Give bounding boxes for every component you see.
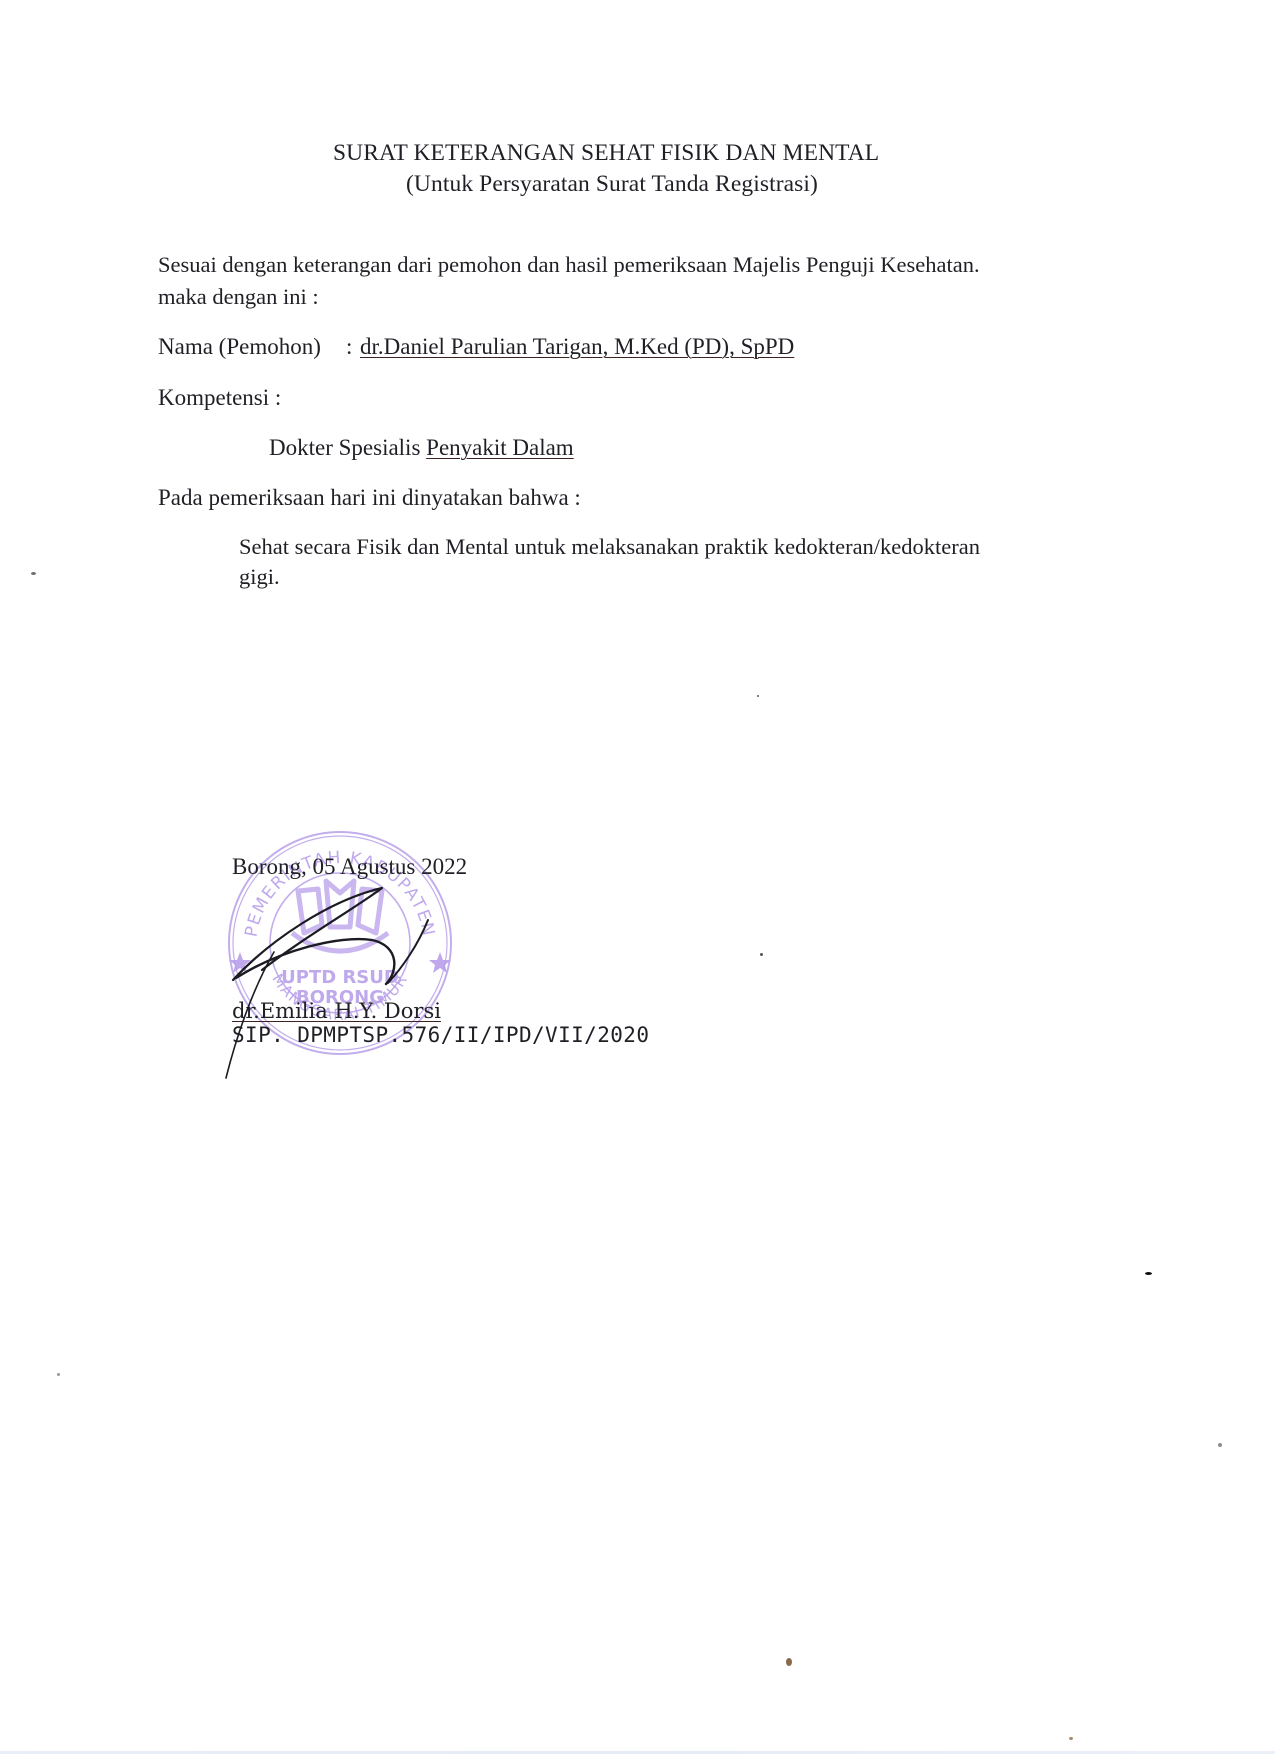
document-title: SURAT KETERANGAN SEHAT FISIK DAN MENTAL — [333, 142, 879, 166]
document-subtitle: (Untuk Persyaratan Surat Tanda Registras… — [406, 173, 818, 197]
scan-speck — [757, 695, 759, 697]
scan-speck — [1069, 1737, 1073, 1740]
license-number: SIP. DPMPTSP.576/II/IPD/VII/2020 — [232, 1025, 649, 1046]
competence-label: Kompetensi : — [158, 386, 281, 409]
competence-prefix: Dokter Spesialis — [269, 435, 420, 460]
name-label: Nama (Pemohon) — [158, 335, 321, 358]
intro-line-1: Sesuai dengan keterangan dari pemohon da… — [158, 254, 980, 277]
statement-intro: Pada pemeriksaan hari ini dinyatakan bah… — [158, 486, 581, 509]
intro-line-2: maka dengan ini : — [158, 286, 319, 309]
place-date: Borong, 05 Agustus 2022 — [232, 855, 467, 878]
stamp-center-line-1: UPTD RSUD — [281, 967, 399, 988]
scan-speck — [786, 1658, 792, 1666]
statement-line-2: gigi. — [239, 566, 280, 589]
statement-line-1: Sehat secara Fisik dan Mental untuk mela… — [239, 536, 980, 559]
applicant-name: dr.Daniel Parulian Tarigan, M.Ked (PD), … — [360, 335, 794, 358]
scan-speck — [57, 1373, 60, 1376]
document-page: SURAT KETERANGAN SEHAT FISIK DAN MENTAL … — [0, 0, 1275, 1754]
scan-speck — [31, 572, 36, 575]
competence-line: Dokter Spesialis Penyakit Dalam — [269, 436, 574, 459]
scan-speck — [760, 953, 763, 956]
name-separator: : — [346, 335, 352, 358]
signer-name: dr.Emilia H.Y. Dorsi — [232, 1001, 441, 1022]
scan-speck — [1218, 1443, 1222, 1447]
scan-speck — [1145, 1272, 1152, 1275]
competence-value: Penyakit Dalam — [426, 435, 574, 460]
